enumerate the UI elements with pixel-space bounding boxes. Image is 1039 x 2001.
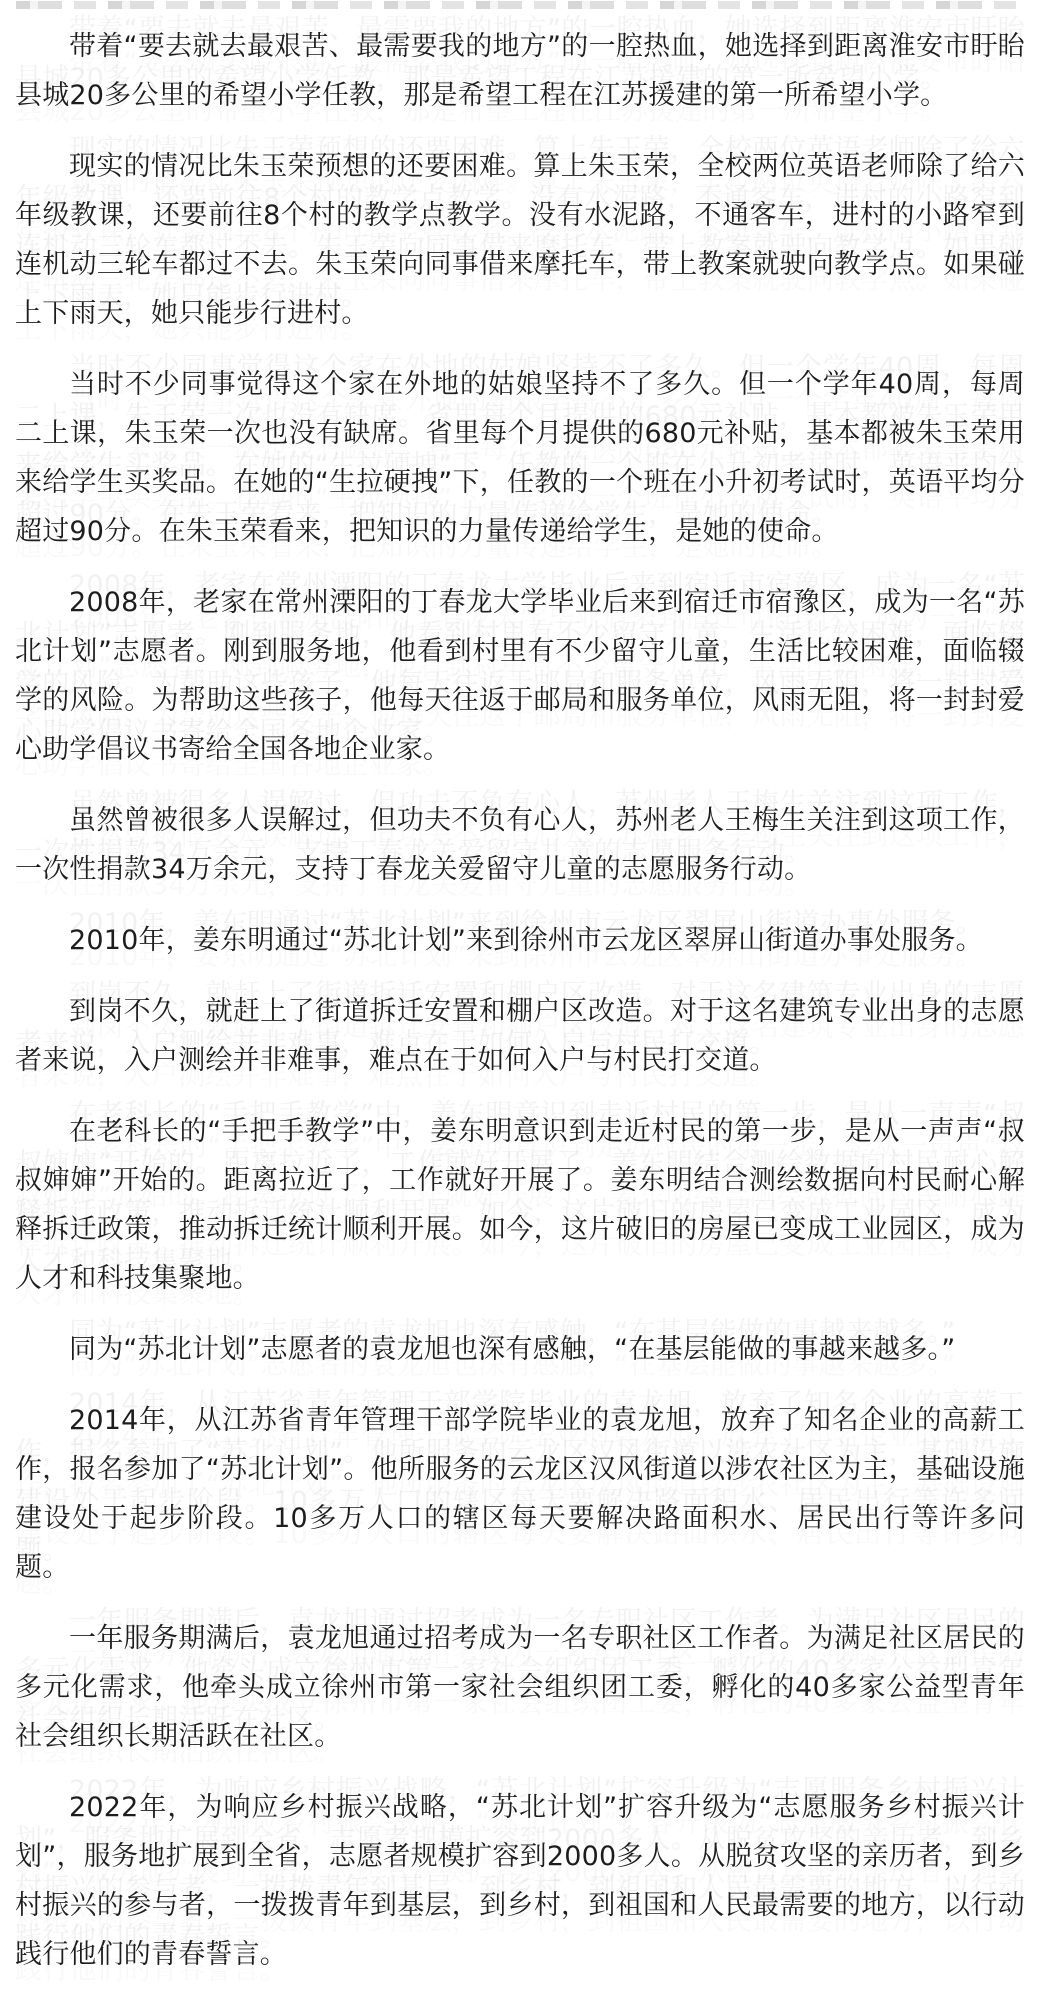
paragraph: 同为“苏北计划”志愿者的袁龙旭也深有感触，“在基层能做的事越来越多。”	[15, 1325, 1025, 1374]
paragraph: 2008年，老家在常州溧阳的丁春龙大学毕业后来到宿迁市宿豫区，成为一名“苏北计划…	[15, 578, 1025, 774]
paragraph: 虽然曾被很多人误解过，但功夫不负有心人，苏州老人王梅生关注到这项工作，一次性捐款…	[15, 796, 1025, 894]
article-body: 带着“要去就去最艰苦、最需要我的地方”的一腔热血，她选择到距离淮安市盱眙县城20…	[0, 0, 1039, 1979]
paragraph: 带着“要去就去最艰苦、最需要我的地方”的一腔热血，她选择到距离淮安市盱眙县城20…	[15, 22, 1025, 120]
paragraph: 到岗不久，就赶上了街道拆迁安置和棚户区改造。对于这名建筑专业出身的志愿者来说，入…	[15, 987, 1025, 1085]
paragraph: 2010年，姜东明通过“苏北计划”来到徐州市云龙区翠屏山街道办事处服务。	[15, 916, 1025, 965]
paragraph: 当时不少同事觉得这个家在外地的姑娘坚持不了多久。但一个学年40周，每周二上课，朱…	[15, 360, 1025, 556]
paragraph: 在老科长的“手把手教学”中，姜东明意识到走近村民的第一步，是从一声声“叔叔婶婶”…	[15, 1107, 1025, 1303]
paragraph: 2022年，为响应乡村振兴战略，“苏北计划”扩容升级为“志愿服务乡村振兴计划”，…	[15, 1783, 1025, 1979]
paragraph: 现实的情况比朱玉荣预想的还要困难。算上朱玉荣，全校两位英语老师除了给六年级教课，…	[15, 142, 1025, 338]
clipped-text-artifact	[16, 1, 1024, 9]
paragraph: 一年服务期满后，袁龙旭通过招考成为一名专职社区工作者。为满足社区居民的多元化需求…	[15, 1614, 1025, 1761]
paragraph: 2014年，从江苏省青年管理干部学院毕业的袁龙旭，放弃了知名企业的高薪工作，报名…	[15, 1396, 1025, 1592]
